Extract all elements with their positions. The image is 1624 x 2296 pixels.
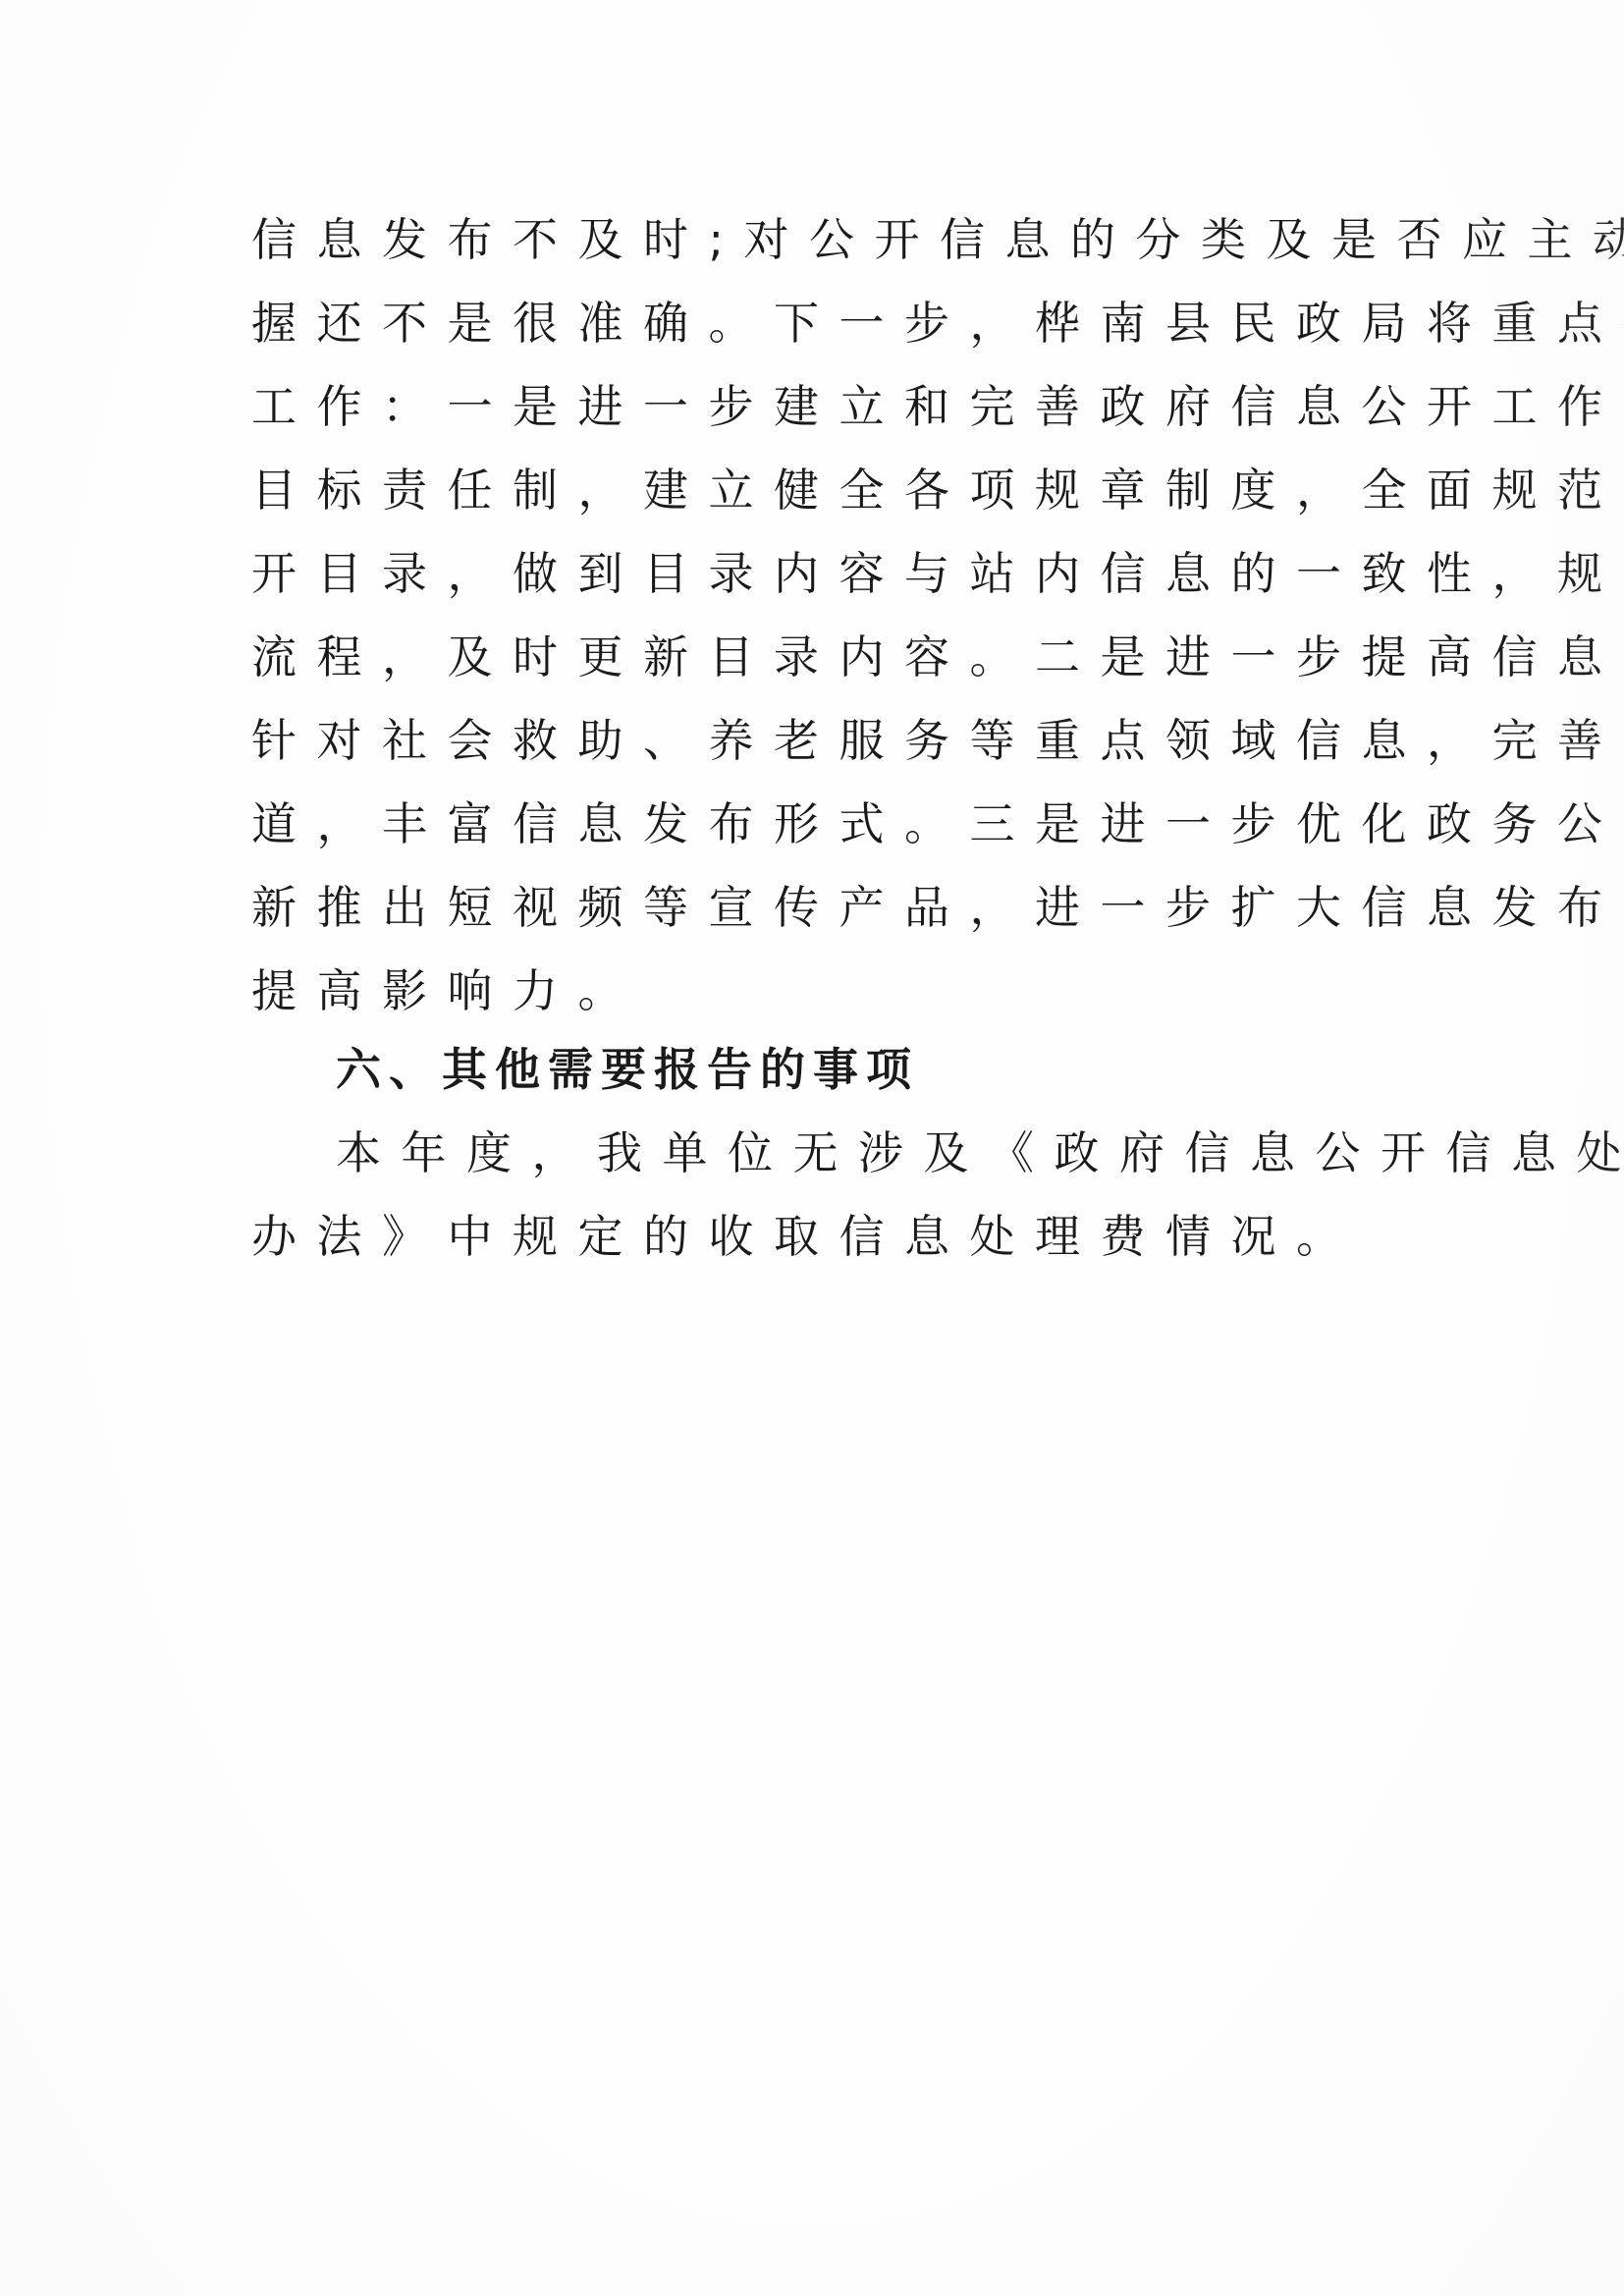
body-text-line: 针对社会救助、养老服务等重点领域信息，完善信息发布渠 [251, 699, 1390, 783]
section-heading: 六、其他需要报告的事项 [336, 1028, 1475, 1112]
body-text-line: 工作：一是进一步建立和完善政府信息公开工作制度，落实 [251, 365, 1390, 449]
body-text-line: 目标责任制，建立健全各项规章制度，全面规范政府信息公 [251, 449, 1390, 532]
document-page: 信息发布不及时;对公开信息的分类及是否应主动公开的把 握还不是很准确。下一步，桦… [0, 0, 1624, 2296]
body-text-line: 本年度，我单位无涉及《政府信息公开信息处理费管理 [336, 1112, 1475, 1195]
body-text-line: 办法》中规定的收取信息处理费情况。 [251, 1195, 1390, 1279]
body-text-line: 握还不是很准确。下一步，桦南县民政局将重点抓好三方面 [251, 282, 1390, 365]
body-text-line: 新推出短视频等宣传产品，进一步扩大信息发布的受众面， [251, 866, 1390, 950]
body-text-line: 道，丰富信息发布形式。三是进一步优化政务公开形式。创 [251, 783, 1390, 866]
body-text-line: 提高影响力。 [251, 950, 1390, 1033]
body-text-line: 信息发布不及时;对公开信息的分类及是否应主动公开的把 [251, 198, 1390, 282]
body-text-line: 流程，及时更新目录内容。二是进一步提高信息公开质量。 [251, 616, 1390, 699]
body-text-line: 开目录，做到目录内容与站内信息的一致性，规范信息公开 [251, 532, 1390, 616]
